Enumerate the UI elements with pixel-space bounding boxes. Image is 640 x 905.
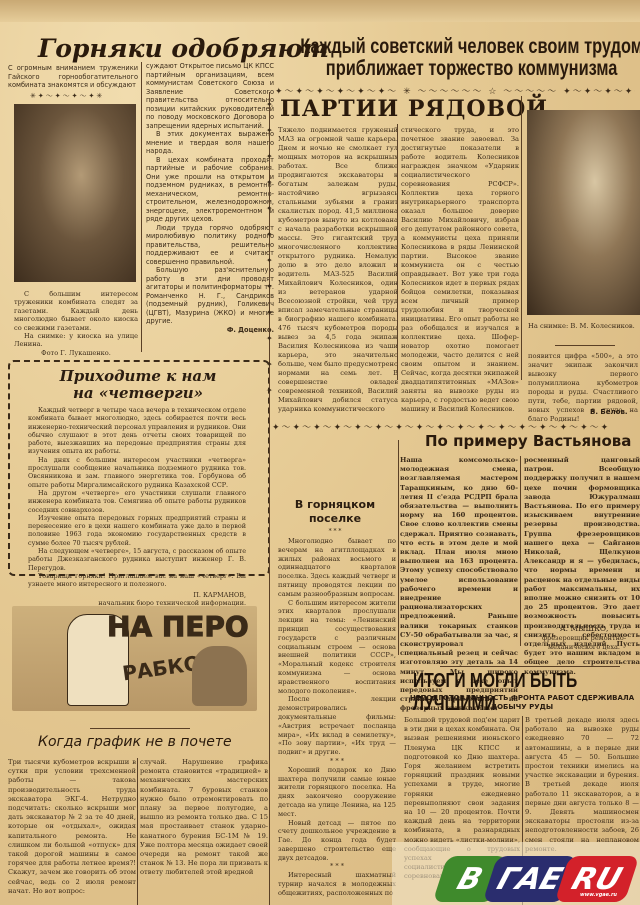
torn-top-edge — [0, 0, 640, 22]
column-rule — [520, 456, 521, 646]
vastyanov-author-role: фрезеровщик ремонтно-механического цеха. — [530, 634, 638, 653]
column-rule — [137, 758, 138, 905]
article-title-gornyaki: Горняки одобряют — [38, 34, 329, 63]
logo-url: www.vgae.ru — [580, 892, 617, 898]
cartoon-na-pero-rabkora: НА ПЕРО РАБКОРА — [12, 606, 257, 711]
column-rule — [141, 62, 142, 352]
article-title-chetvergi: Приходите к нам на «четверги» — [10, 368, 266, 402]
article-title-vastyanov: По примеру Вастьянова — [425, 432, 631, 450]
divider — [440, 666, 620, 667]
gornyaki-intro: С огромным вниманием труженики Гайского … — [8, 64, 138, 90]
column-rule — [521, 96, 522, 380]
photo-caption-kiosk: С большим интересом труженики комбината … — [14, 290, 138, 357]
partii-author: В. Белов. — [590, 408, 628, 416]
photo-caption-kolesnikov: На снимке: В. М. Колесников. — [528, 322, 638, 331]
divider — [90, 728, 190, 729]
photo-kiosk — [14, 104, 136, 282]
chetvergi-body: Каждый четверг в четыре часа вечера в те… — [28, 406, 246, 607]
article-title-poselok: В горняцком поселке — [272, 498, 398, 526]
gornyaki-body: суждают Открытое письмо ЦК КПСС партийны… — [146, 62, 274, 334]
ornament: ✳✦～✦～✦～✦✳ — [30, 91, 104, 101]
partii-col2: стического труда, и это почетное звание … — [401, 126, 519, 414]
vertical-ornament: ✦ ✦ ✦ ✦ ✦ ✦ ✦ ✦ ✦ ✦ ✦ ✦ — [266, 92, 274, 404]
article-title-partii: ПАРТИИ РЯДОВОЙ — [280, 96, 548, 122]
partii-col1: Тяжело поднимается груженый МАЗ на огром… — [278, 126, 398, 414]
column-rule — [398, 440, 399, 655]
article-title-grafik: Когда график не в почете — [38, 734, 232, 750]
photo-kolesnikov — [527, 110, 640, 315]
cartoon-caricatures — [192, 646, 247, 706]
divider — [555, 345, 615, 346]
grafik-col1: Три тысячи кубометров вскрыши в сутки пр… — [8, 758, 136, 896]
itogi-col2: В третьей декаде июля здесь работало на … — [525, 716, 639, 854]
cartoon-label-1: НА ПЕРО — [107, 610, 249, 643]
masthead-slogan: Каждый советский человек своим трудом пр… — [300, 36, 640, 80]
slogan-line-2: приближает торжество коммунизма — [300, 58, 640, 80]
slogan-line-1: Каждый советский человек своим трудом — [300, 36, 640, 58]
article-subtitle-itogi: НЕПОДГОТОВЛЕННОСТЬ ФРОНТА РАБОТ СДЕРЖИВА… — [404, 694, 640, 712]
grafik-col2: случай. Нарушение графика ремонта станов… — [140, 758, 268, 878]
column-rule — [397, 124, 398, 380]
separator: * * * — [272, 528, 398, 535]
vastyanov-author: А. МЫШКО, — [560, 624, 608, 633]
poselok-body: Многолюдно бывает по вечерам на агитплощ… — [278, 537, 396, 898]
